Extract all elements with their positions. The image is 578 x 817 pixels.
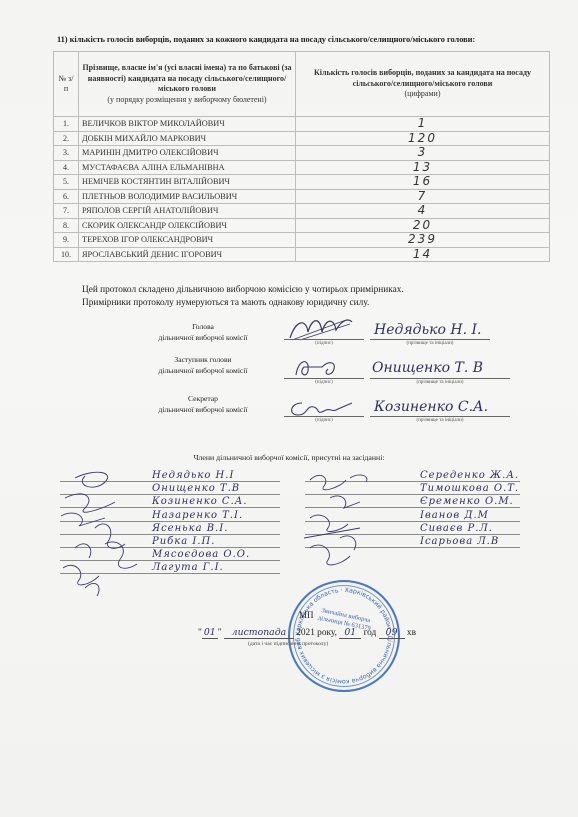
table-row: 10.ЯРОСЛАВСЬКИЙ ДЕНИС ІГОРОВИЧ14 xyxy=(54,247,550,262)
header-name-sub: (у порядку розміщення у виборчому бюлете… xyxy=(82,95,292,106)
vote-count: 1 xyxy=(296,117,550,132)
vote-count: 120 xyxy=(296,131,550,146)
note-line-1: Цей протокол складено дільничною виборчо… xyxy=(82,285,404,295)
time-hour-label: год xyxy=(364,628,377,638)
members-title: Члени дільничної виборчої комісії, прису… xyxy=(0,453,578,462)
time-minute: 09 xyxy=(379,627,405,639)
table-row: 7.РЯПОЛОВ СЕРГІЙ АНАТОЛІЙОВИЧ4 xyxy=(54,204,550,219)
table-row: 5.НЕМІЧЕВ КОСТЯНТИН ВІТАЛІЙОВИЧ16 xyxy=(54,175,550,190)
row-number: 7. xyxy=(54,204,79,219)
row-number: 4. xyxy=(54,160,79,175)
vote-count: 239 xyxy=(296,233,550,248)
candidate-name: ДОБКІН МИХАЙЛО МАРКОВИЧ xyxy=(79,131,296,146)
vote-count: 14 xyxy=(296,247,550,262)
header-votes-sub: (цифрами) xyxy=(299,89,546,100)
vote-count: 13 xyxy=(296,160,550,175)
member-name: Іванов Д.М xyxy=(420,510,489,521)
vote-count: 20 xyxy=(296,218,550,233)
member-name: Недядько Н.І xyxy=(152,470,234,481)
candidate-name: ЯРОСЛАВСЬКИЙ ДЕНИС ІГОРОВИЧ xyxy=(79,247,296,262)
chair-signature-caption: (підпис) xyxy=(284,341,364,346)
date-time-line: "01" листопада 2021 року, 01 год 09 хв xyxy=(198,627,416,639)
candidate-name: НЕМІЧЕВ КОСТЯНТИН ВІТАЛІЙОВИЧ xyxy=(79,175,296,190)
chair-name-caption: (прізвище та ініціали) xyxy=(370,341,490,346)
secretary-signature-caption: (підпис) xyxy=(284,418,364,423)
secretary-role: Секретар дільничної виборчої комісії xyxy=(138,393,268,415)
row-number: 3. xyxy=(54,146,79,161)
chair-role-body: дільничної виборчої комісії xyxy=(138,332,268,343)
vote-count: 4 xyxy=(296,204,550,219)
table-row: 9.ТЕРЕХОВ ІГОР ОЛЕКСАНДРОВИЧ239 xyxy=(54,233,550,248)
candidate-name: ТЕРЕХОВ ІГОР ОЛЕКСАНДРОВИЧ xyxy=(79,233,296,248)
members-left-signatures xyxy=(55,468,155,598)
member-name: Рибка І.П. xyxy=(152,536,215,547)
vote-count: 3 xyxy=(296,146,550,161)
deputy-signature-caption: (підпис) xyxy=(284,380,364,385)
members-right-signatures xyxy=(300,468,380,578)
row-number: 5. xyxy=(54,175,79,190)
vote-count: 7 xyxy=(296,189,550,204)
member-name: Мясоєдова О.О. xyxy=(152,549,250,560)
date-day: 01 xyxy=(202,627,218,639)
member-name: Козиненко С.А. xyxy=(152,496,248,507)
row-number: 9. xyxy=(54,233,79,248)
stamp-mp-label: МП xyxy=(299,610,314,620)
deputy-name-caption: (прізвище та ініціали) xyxy=(370,380,510,385)
protocol-page: 11) кількість голосів виборців, поданих … xyxy=(0,0,578,817)
results-table: № з/п Прізвище, власне ім'я (усі власні … xyxy=(53,51,550,262)
date-caption: (дата і час підписання протоколу) xyxy=(248,641,328,647)
header-votes: Кількість голосів виборців, поданих за к… xyxy=(296,52,550,117)
row-number: 8. xyxy=(54,218,79,233)
member-name: Єременко О.М. xyxy=(420,496,514,507)
header-name-text: Прізвище, власне ім'я (усі власні імена)… xyxy=(82,63,291,93)
table-row: 2.ДОБКІН МИХАЙЛО МАРКОВИЧ120 xyxy=(54,131,550,146)
secretary-signature-line xyxy=(284,416,364,417)
member-name: Ясенька В.І. xyxy=(152,523,228,534)
table-row: 8.СКОРИК ОЛЕКСАНДР ОЛЕКСІЙОВИЧ20 xyxy=(54,218,550,233)
secretary-name-caption: (прізвище та ініціали) xyxy=(370,418,510,423)
candidate-name: ВЕЛИЧКОВ ВІКТОР МИКОЛАЙОВИЧ xyxy=(79,117,296,132)
member-name: Середенко Ж.А. xyxy=(420,470,519,481)
table-row: 6.ПЛЕТНЬОВ ВОЛОДИМИР ВАСИЛЬОВИЧ7 xyxy=(54,189,550,204)
secretary-name-line xyxy=(370,416,510,417)
member-name: Онищенко Т.В xyxy=(152,483,240,494)
table-row: 3.МАРИНІН ДМИТРО ОЛЕКСІЙОВИЧ3 xyxy=(54,146,550,161)
table-row: 1.ВЕЛИЧКОВ ВІКТОР МИКОЛАЙОВИЧ1 xyxy=(54,117,550,132)
deputy-name-line xyxy=(370,378,510,379)
member-name: Ісарьова Л.В xyxy=(420,536,499,547)
chair-signature-line xyxy=(284,339,364,340)
chair-role: Голова дільничної виборчої комісії xyxy=(138,321,268,343)
header-name: Прізвище, власне ім'я (усі власні імена)… xyxy=(79,52,296,117)
row-number: 2. xyxy=(54,131,79,146)
time-minute-label: хв xyxy=(407,628,416,638)
deputy-role: Заступник голови дільничної виборчої ком… xyxy=(138,354,268,376)
row-number: 10. xyxy=(54,247,79,262)
candidate-name: РЯПОЛОВ СЕРГІЙ АНАТОЛІЙОВИЧ xyxy=(79,204,296,219)
vote-count: 16 xyxy=(296,175,550,190)
chair-name-line xyxy=(370,339,490,340)
deputy-role-body: дільничної виборчої комісії xyxy=(138,365,268,376)
candidate-name: СКОРИК ОЛЕКСАНДР ОЛЕКСІЙОВИЧ xyxy=(79,218,296,233)
candidate-name: МАРИНІН ДМИТРО ОЛЕКСІЙОВИЧ xyxy=(79,146,296,161)
chair-role-title: Голова xyxy=(138,321,268,332)
secretary-role-body: дільничної виборчої комісії xyxy=(138,404,268,415)
header-num: № з/п xyxy=(54,52,79,117)
deputy-signature-line xyxy=(284,378,364,379)
candidate-name: ПЛЕТНЬОВ ВОЛОДИМИР ВАСИЛЬОВИЧ xyxy=(79,189,296,204)
member-name: Лагута Г.І. xyxy=(152,562,224,573)
section-title: 11) кількість голосів виборців, поданих … xyxy=(57,35,475,44)
secretary-name: Козиненко С.А. xyxy=(374,399,488,415)
header-votes-text: Кількість голосів виборців, поданих за к… xyxy=(314,68,531,88)
note-line-2: Примірники протоколу нумеруються та мают… xyxy=(82,298,369,308)
date-month: листопада xyxy=(224,627,294,639)
member-name: Назаренко Т.І. xyxy=(152,510,243,521)
deputy-name: Онищенко Т. В xyxy=(372,360,483,376)
deputy-role-title: Заступник голови xyxy=(138,354,268,365)
member-name: Тимошкова О.Т. xyxy=(420,483,519,494)
row-number: 6. xyxy=(54,189,79,204)
table-row: 4.МУСТАФАЄВА АЛІНА ЕЛЬМАНІВНА13 xyxy=(54,160,550,175)
secretary-role-title: Секретар xyxy=(138,393,268,404)
date-year: 2021 року, xyxy=(296,628,337,638)
chair-name: Недядько Н. І. xyxy=(374,322,481,338)
member-name: Сиваєв Р.Л. xyxy=(420,523,493,534)
candidate-name: МУСТАФАЄВА АЛІНА ЕЛЬМАНІВНА xyxy=(79,160,296,175)
row-number: 1. xyxy=(54,117,79,132)
time-hour: 01 xyxy=(339,627,361,639)
